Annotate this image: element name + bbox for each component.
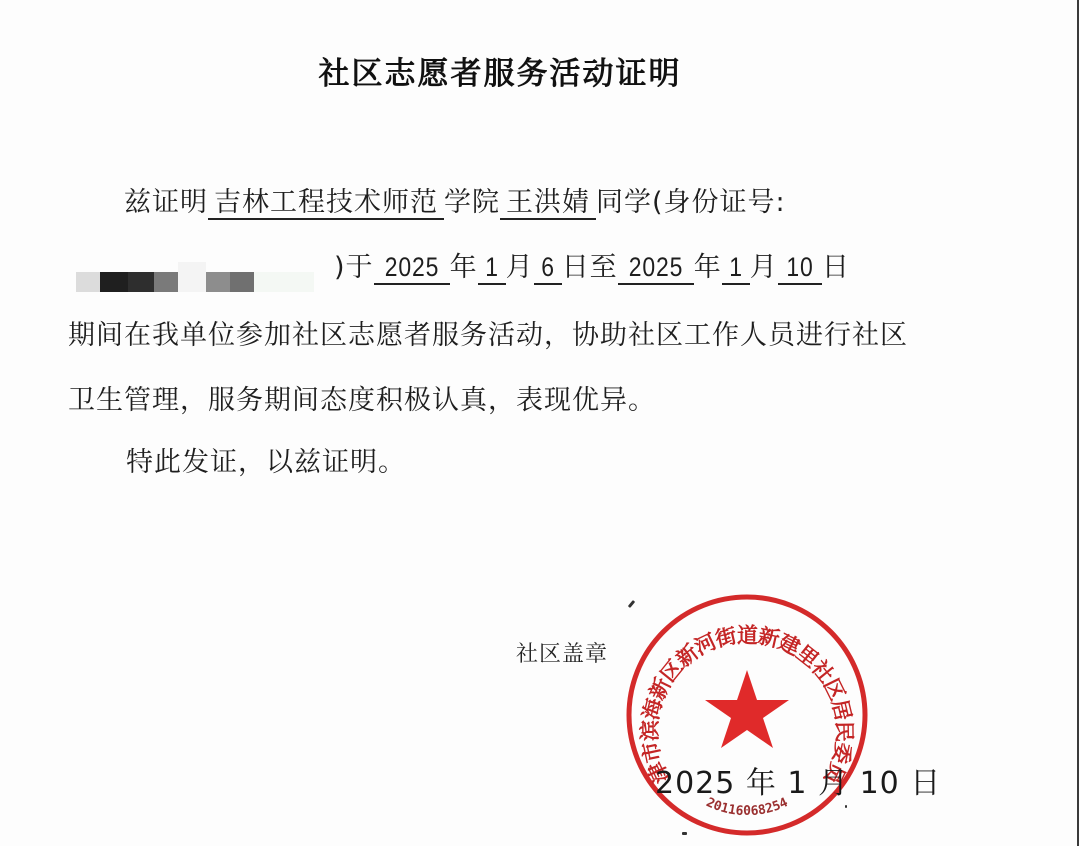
certificate-line-2: )于2025年1月6日至2025年1月10日	[334, 245, 850, 285]
end-year-field: 2025	[628, 252, 682, 283]
id-number-redaction	[76, 262, 336, 296]
month-label: 月	[506, 252, 534, 283]
end-day-field: 10	[786, 252, 813, 283]
stray-mark	[682, 832, 687, 835]
page-edge-border	[1077, 0, 1079, 846]
end-month-label: 月	[750, 252, 778, 283]
year-label: 年	[450, 252, 478, 283]
school-suffix: 学院	[444, 187, 500, 218]
star-icon	[705, 670, 789, 748]
start-year-field: 2025	[384, 252, 438, 283]
end-day-label: 日	[822, 252, 850, 283]
student-suffix: 同学(身份证号:	[596, 187, 786, 218]
issue-date: 2025 年 1 月 10 日	[655, 758, 941, 802]
closing-statement: 特此发证，以兹证明。	[126, 440, 406, 479]
start-day-field: 6	[541, 252, 555, 283]
certificate-line-1: 兹证明吉林工程技术师范学院王洪婧同学(身份证号:	[124, 180, 786, 220]
certificate-page: 社区志愿者服务活动证明 兹证明吉林工程技术师范学院王洪婧同学(身份证号: )于2…	[0, 0, 1080, 846]
student-name-field: 王洪婧	[500, 187, 596, 220]
stray-mark	[845, 805, 847, 808]
end-month-field: 1	[729, 252, 743, 283]
school-name-field: 吉林工程技术师范	[208, 187, 444, 220]
certificate-line-3: 期间在我单位参加社区志愿者服务活动，协助社区工作人员进行社区	[68, 313, 908, 352]
day-to-label: 日至	[562, 252, 618, 283]
certificate-line-4: 卫生管理，服务期间态度积极认真，表现优异。	[68, 378, 656, 417]
start-month-field: 1	[485, 252, 499, 283]
end-year-label: 年	[694, 252, 722, 283]
document-title: 社区志愿者服务活动证明	[0, 48, 1000, 93]
community-seal-label: 社区盖章	[516, 637, 608, 668]
close-paren: )于	[334, 252, 374, 283]
certify-prefix: 兹证明	[124, 187, 208, 218]
